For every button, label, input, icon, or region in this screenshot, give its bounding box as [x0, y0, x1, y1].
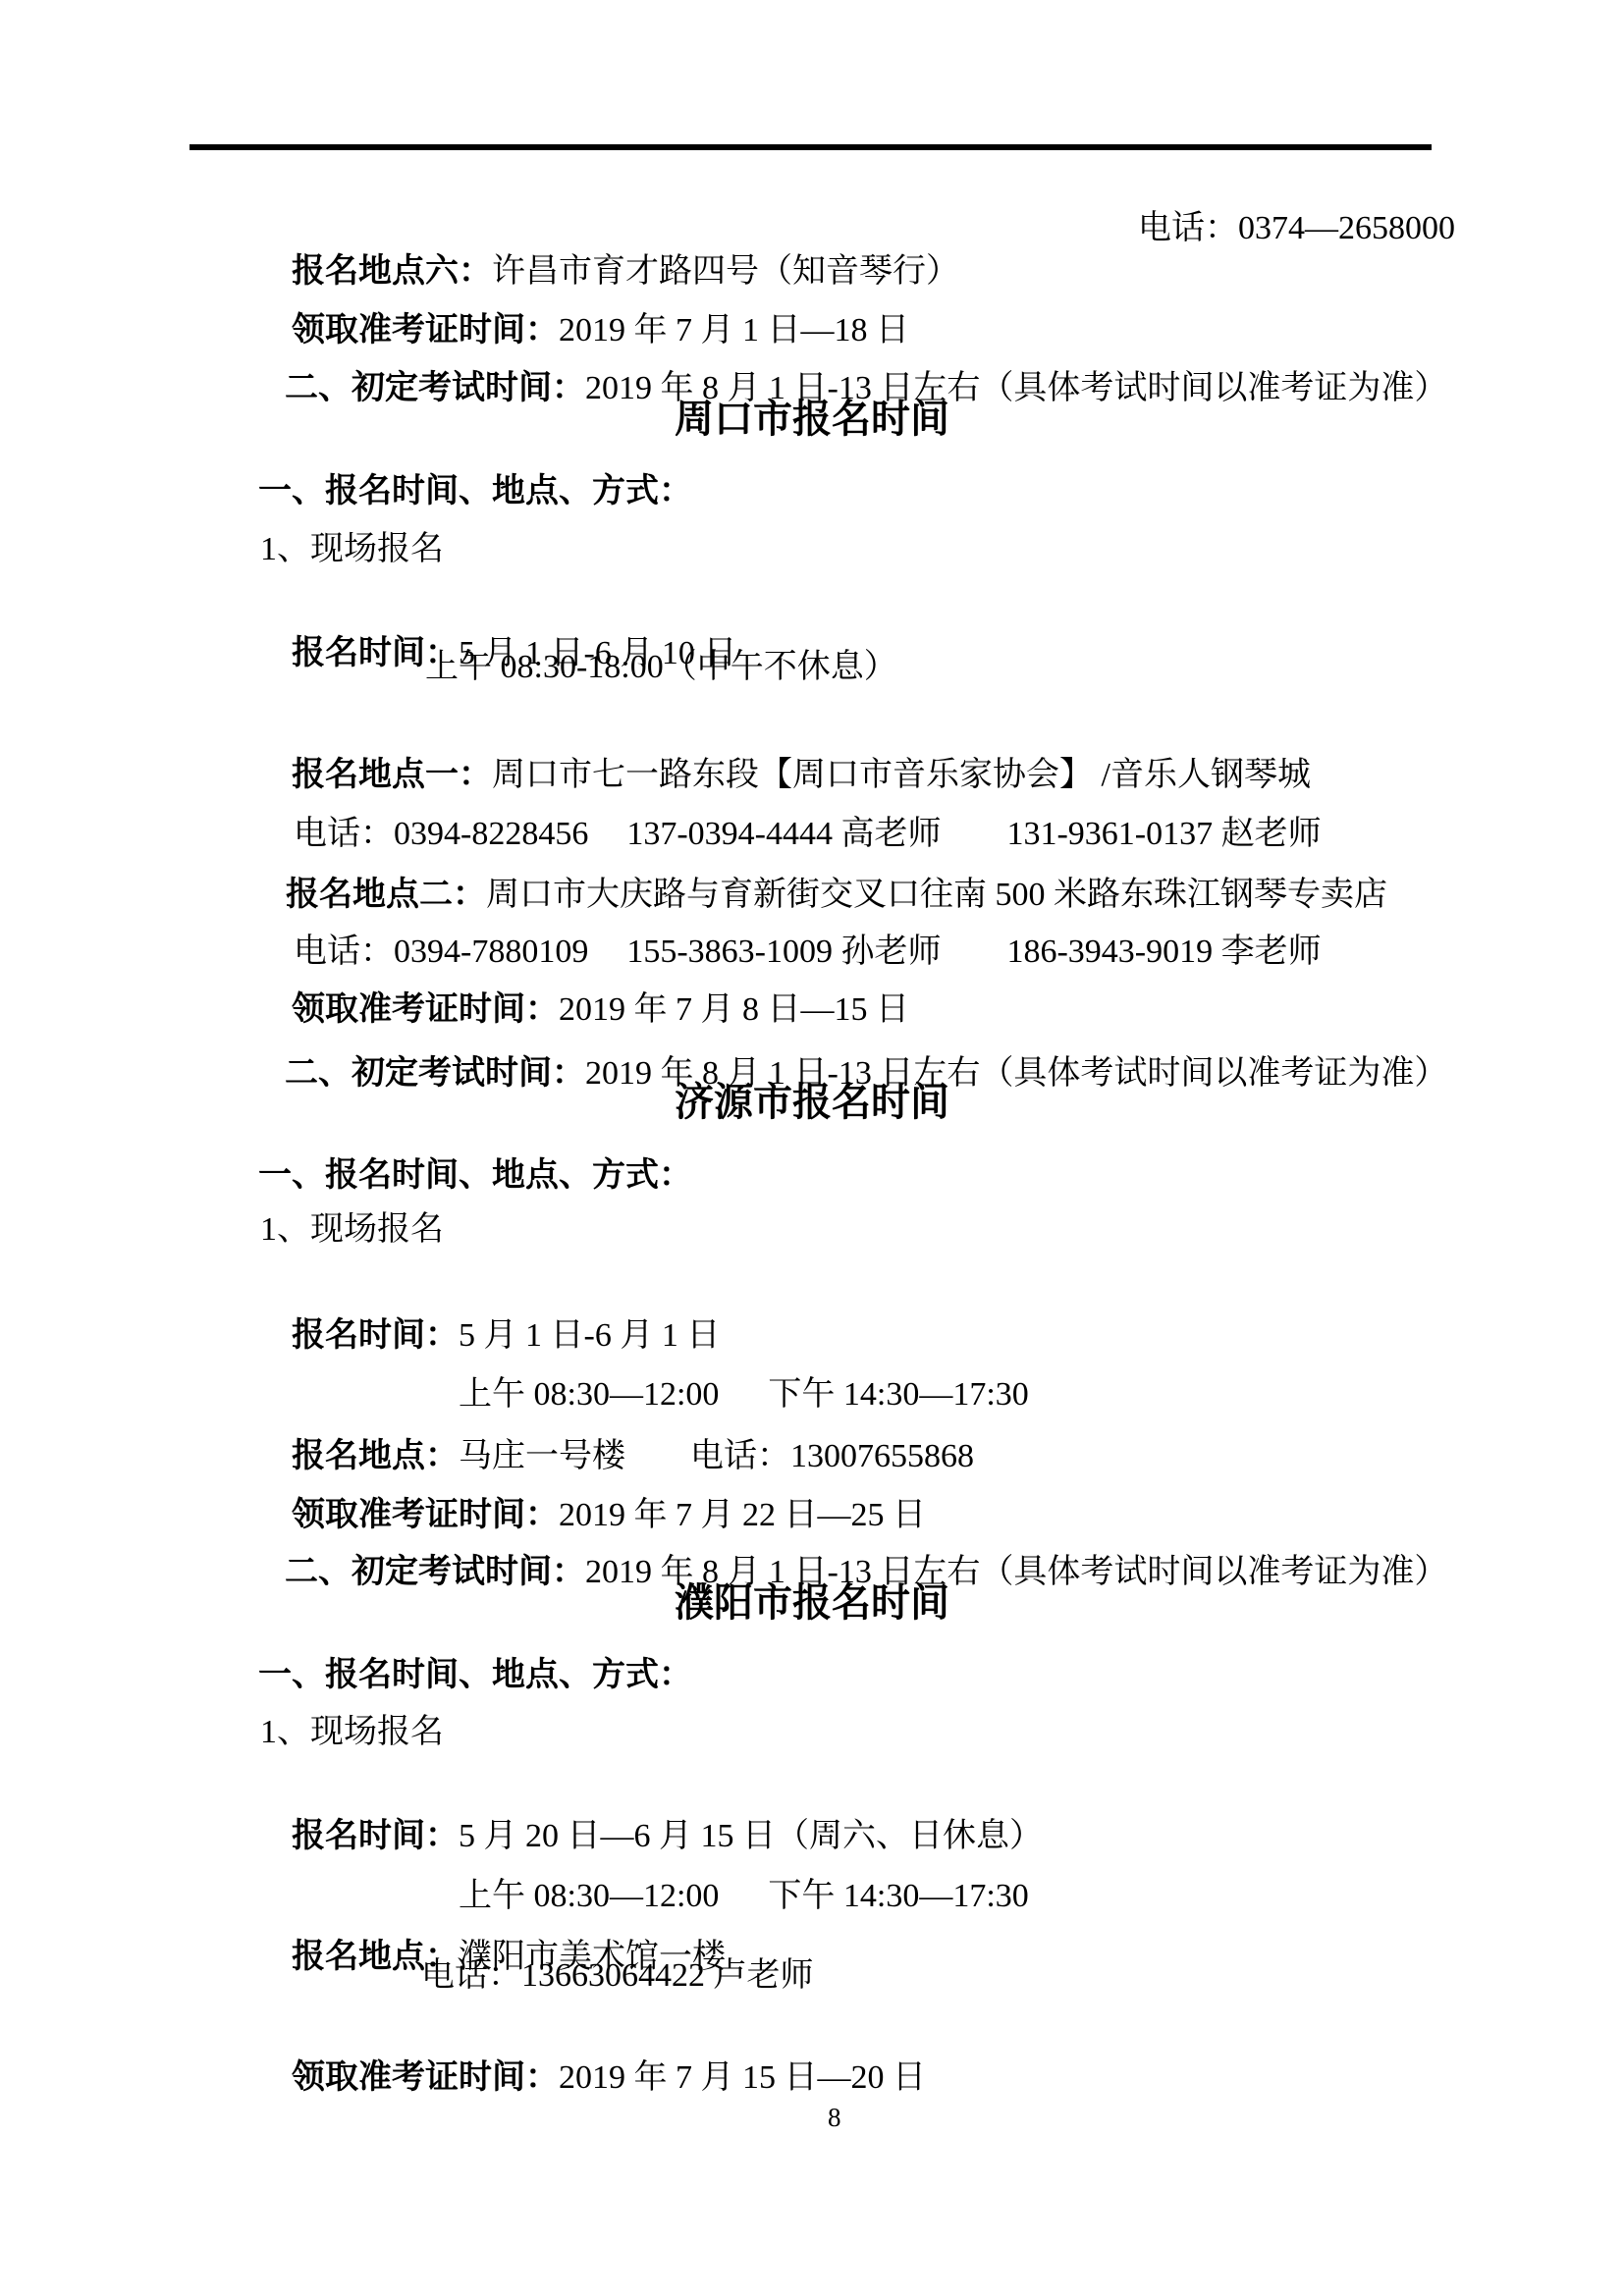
zhoukou-method1: 1、现场报名: [260, 528, 444, 571]
page-number: 8: [828, 2101, 841, 2134]
document-page: 报名地点六：许昌市育才路四号（知音琴行） 电话：0374—2658000 领取准…: [0, 0, 1624, 2296]
ticket-label: 领取准考证时间：: [292, 2059, 559, 2096]
puyang-section1-heading: 一、报名时间、地点、方式：: [258, 1654, 692, 1697]
puyang-ticket-line: 领取准考证时间：2019 年 7 月 15 日—20 日: [258, 2013, 926, 2143]
jiyuan-title: 济源市报名时间: [0, 1077, 1624, 1128]
zhoukou-title: 周口市报名时间: [0, 394, 1624, 445]
zhoukou-section1-heading: 一、报名时间、地点、方式：: [258, 470, 692, 513]
jiyuan-section1-heading: 一、报名时间、地点、方式：: [258, 1154, 692, 1198]
site6-phone: 电话：0374—2658000: [1138, 207, 1455, 250]
top-border-rule: [189, 144, 1432, 150]
time-note-pm: 下午 14:30—17:30: [768, 1878, 1028, 1914]
puyang-site-phone: 电话：13663064422 卢老师: [421, 1954, 814, 1998]
phone2-c: 186-3943-9019 李老师: [1006, 934, 1321, 970]
puyang-title: 濮阳市报名时间: [0, 1577, 1624, 1629]
puyang-method1: 1、现场报名: [260, 1711, 444, 1754]
jiyuan-method1: 1、现场报名: [260, 1208, 444, 1252]
zhoukou-time-note: 上午 08:30-18:00（中午不休息）: [425, 646, 897, 689]
ticket-value: 2019 年 7 月 15 日—20 日: [559, 2059, 926, 2096]
